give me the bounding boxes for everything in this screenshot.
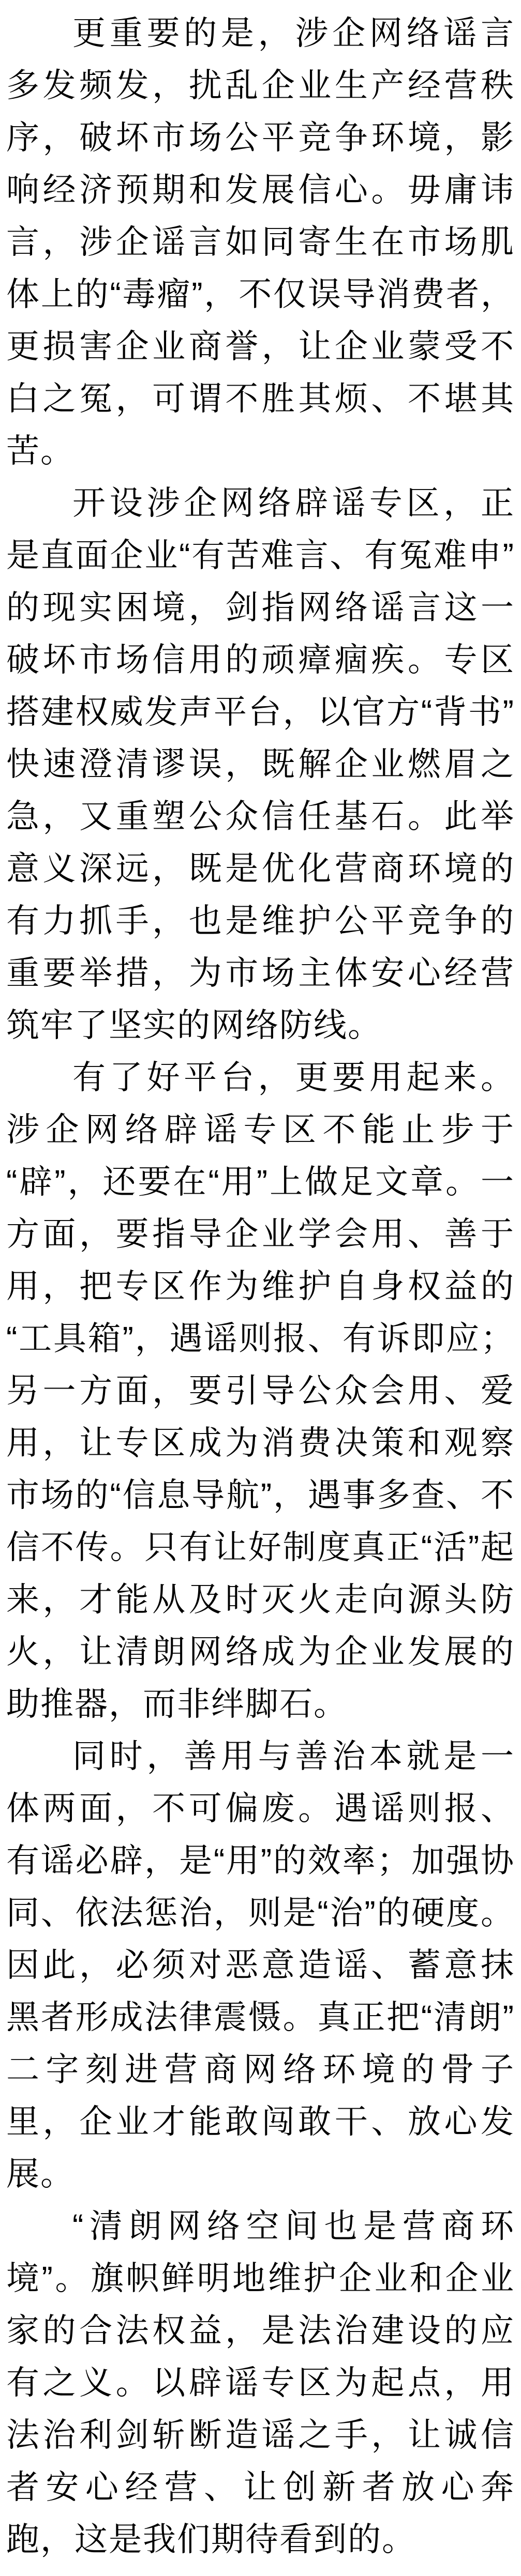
paragraph: 有了好平台，更要用起来。涉企网络辟谣专区不能止步于“辟”，还要在“用”上做足文章…: [6, 1051, 515, 1730]
article-body: 更重要的是，涉企网络谣言多发频发，扰乱企业生产经营秩序，破坏市场公平竞争环境，影…: [0, 0, 521, 2576]
paragraph: 开设涉企网络辟谣专区，正是直面企业“有苦难言、有冤难申”的现实困境，剑指网络谣言…: [6, 477, 515, 1051]
paragraph: 同时，善用与善治本就是一体两面，不可偏废。遇谣则报、有谣必辟，是“用”的效率；加…: [6, 1730, 515, 2200]
paragraph: 更重要的是，涉企网络谣言多发频发，扰乱企业生产经营秩序，破坏市场公平竞争环境，影…: [6, 7, 515, 477]
paragraph: “清朗网络空间也是营商环境”。旗帜鲜明地维护企业和企业家的合法权益，是法治建设的…: [6, 2200, 515, 2566]
